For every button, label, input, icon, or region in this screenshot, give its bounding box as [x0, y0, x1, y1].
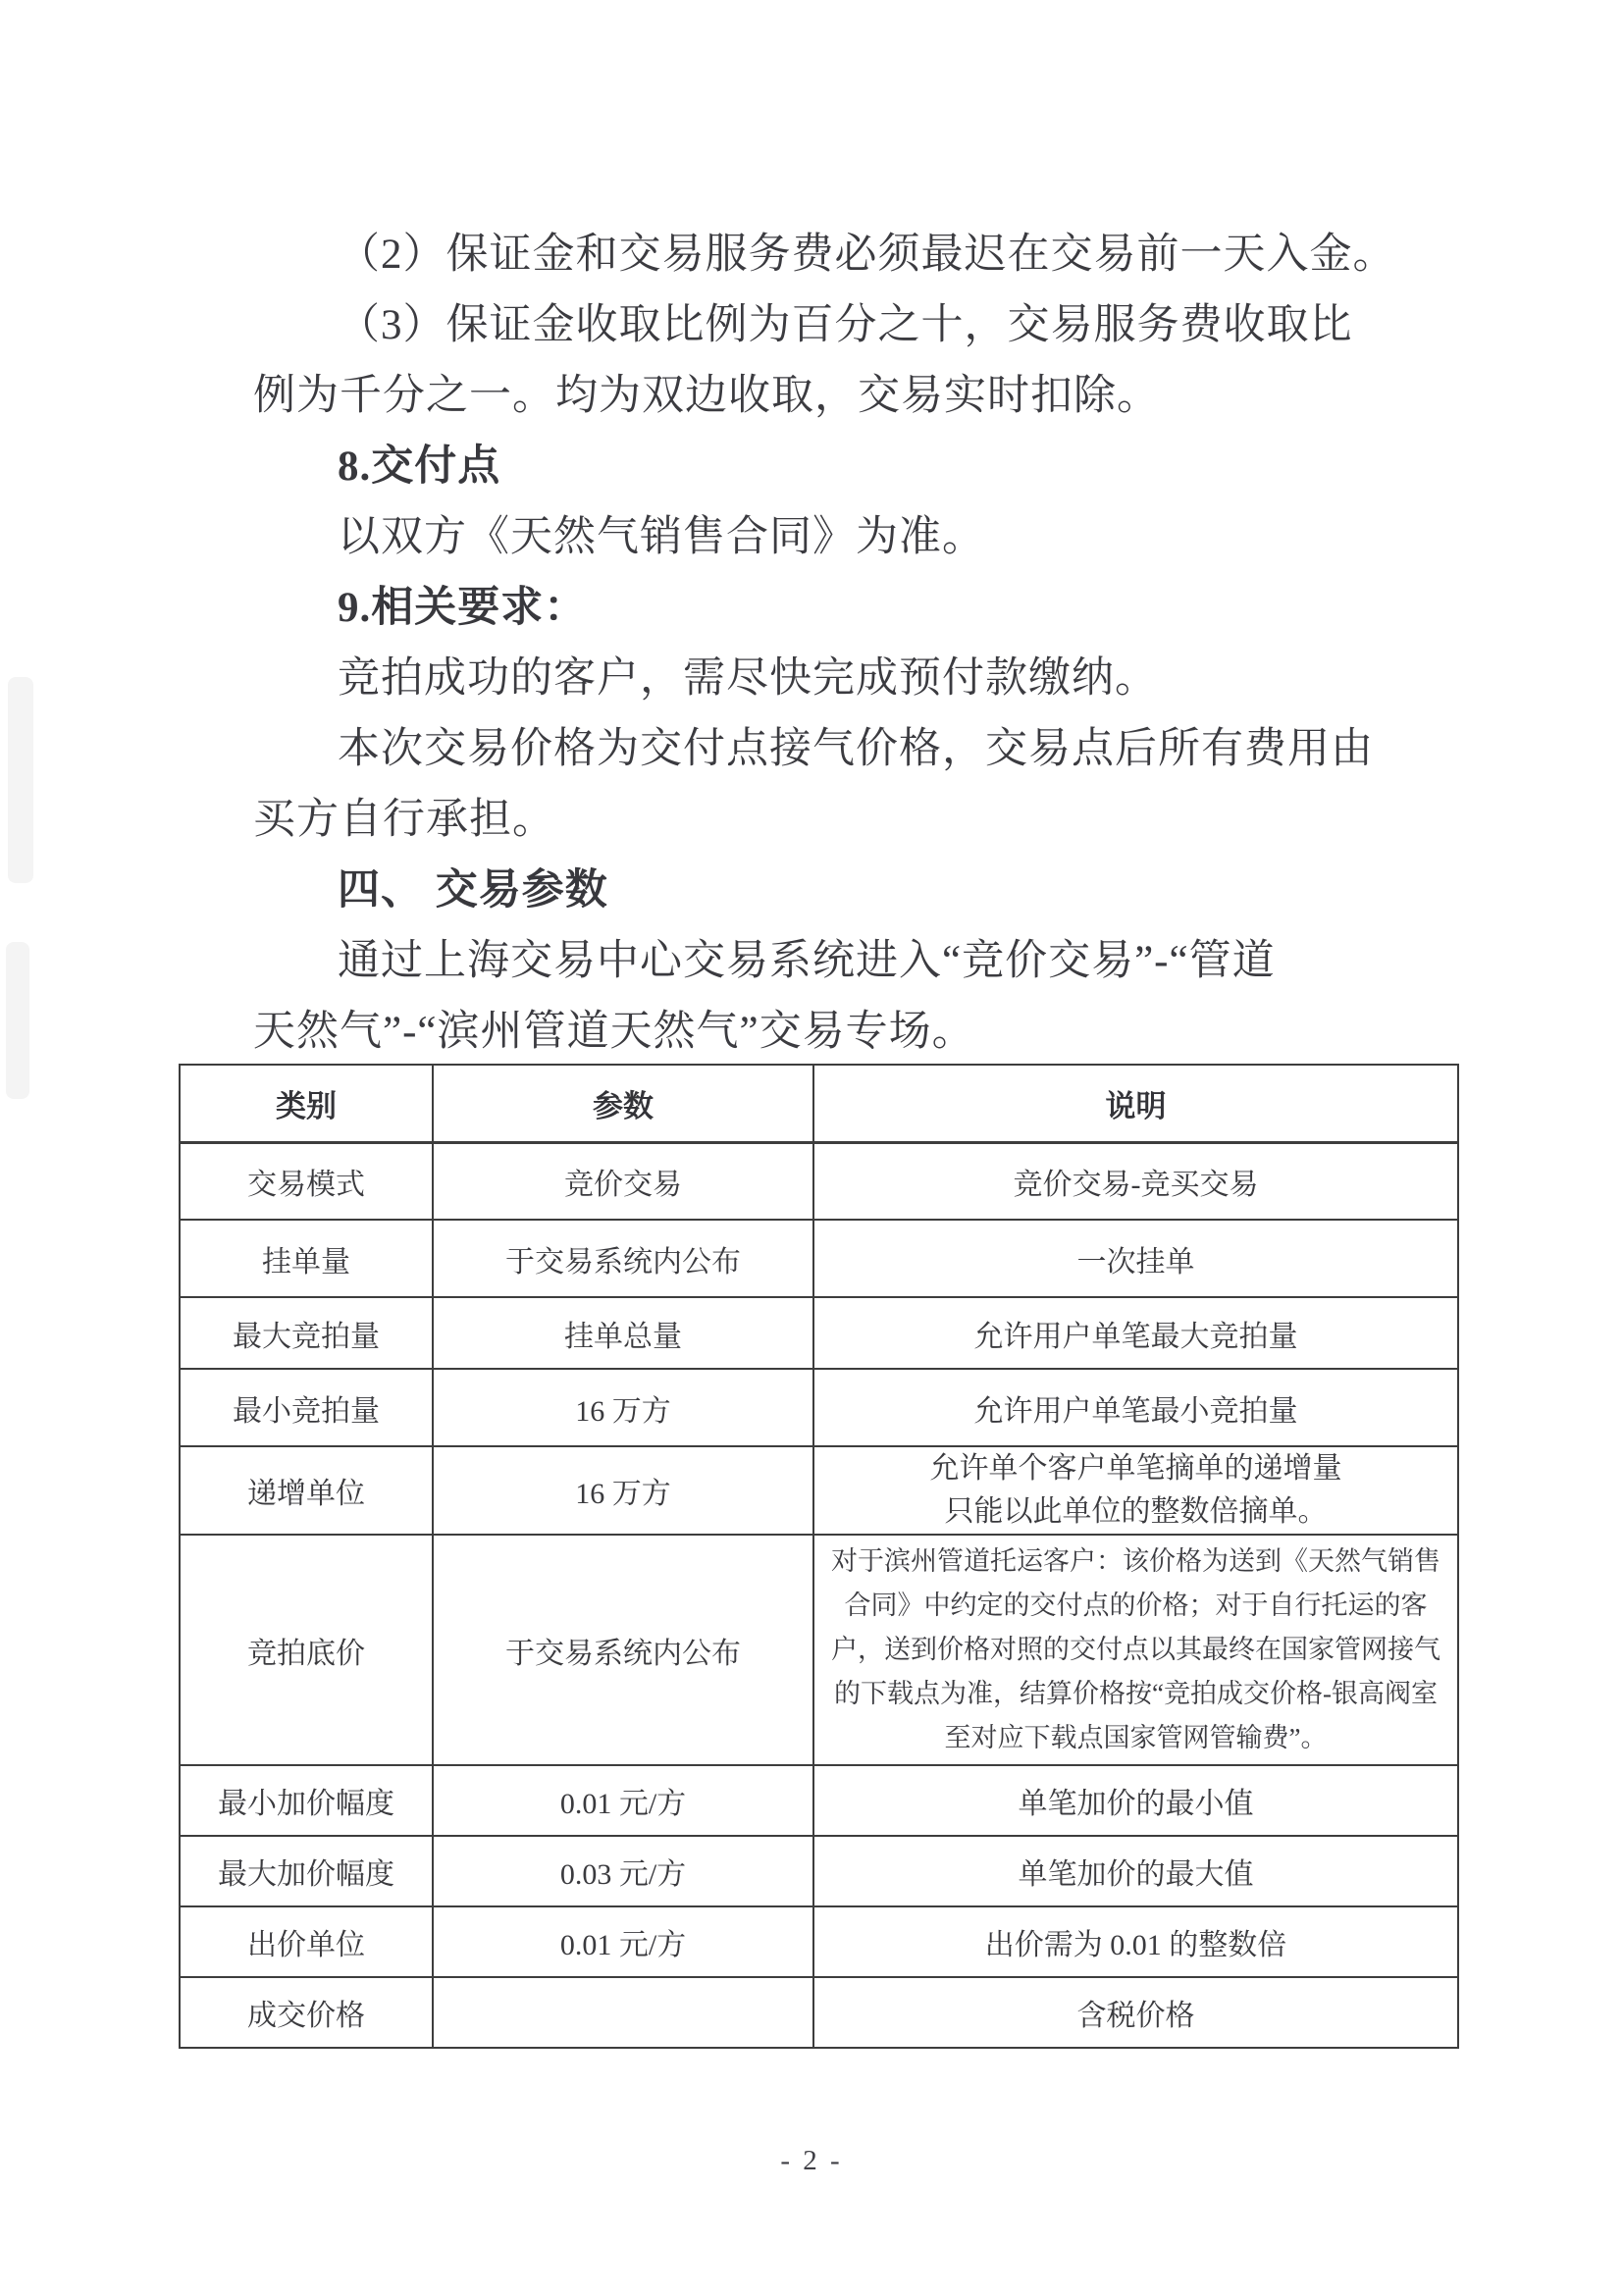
table-row: 最小加价幅度 0.01 元/方 单笔加价的最小值	[180, 1765, 1458, 1836]
body-line: 买方自行承担。	[253, 785, 1406, 856]
cell-parameter: 竞价交易	[433, 1142, 813, 1220]
cell-parameter: 16 万方	[433, 1369, 813, 1446]
body-line: 以双方《天然气销售合同》为准。	[253, 502, 1406, 573]
body-line: （2）保证金和交易服务费必须最迟在交易前一天入金。	[253, 220, 1406, 290]
page-number: - 2 -	[0, 2145, 1623, 2177]
cell-category: 竞拍底价	[180, 1535, 433, 1765]
cell-parameter: 16 万方	[433, 1446, 813, 1535]
table-row: 最大竞拍量 挂单总量 允许用户单笔最大竞拍量	[180, 1297, 1458, 1369]
header-parameter: 参数	[433, 1065, 813, 1142]
body-line: 通过上海交易中心交易系统进入“竞价交易”-“管道	[253, 926, 1406, 997]
cell-parameter: 0.01 元/方	[433, 1906, 813, 1977]
section-heading-trade-parameters: 四、 交易参数	[253, 856, 1406, 926]
cell-description: 允许用户单笔最大竞拍量	[813, 1297, 1458, 1369]
body-line: 天然气”-“滨州管道天然气”交易专场。	[253, 997, 1406, 1068]
table-row: 成交价格 含税价格	[180, 1977, 1458, 2048]
cell-category: 挂单量	[180, 1220, 433, 1297]
cell-description: 单笔加价的最大值	[813, 1836, 1458, 1906]
cell-description: 单笔加价的最小值	[813, 1765, 1458, 1836]
cell-category: 最大竞拍量	[180, 1297, 433, 1369]
cell-category: 最小竞拍量	[180, 1369, 433, 1446]
table-row: 竞拍底价 于交易系统内公布 对于滨州管道托运客户：该价格为送到《天然气销售合同》…	[180, 1535, 1458, 1765]
scan-artifact	[8, 677, 33, 883]
cell-description: 允许单个客户单笔摘单的递增量 只能以此单位的整数倍摘单。	[813, 1446, 1458, 1535]
cell-category: 交易模式	[180, 1142, 433, 1220]
document-page: （2）保证金和交易服务费必须最迟在交易前一天入金。 （3）保证金收取比例为百分之…	[0, 0, 1623, 2296]
section-heading-delivery-point: 8.交付点	[253, 432, 1406, 502]
header-category: 类别	[180, 1065, 433, 1142]
document-body: （2）保证金和交易服务费必须最迟在交易前一天入金。 （3）保证金收取比例为百分之…	[253, 220, 1406, 1068]
cell-parameter: 挂单总量	[433, 1297, 813, 1369]
cell-parameter: 0.03 元/方	[433, 1836, 813, 1906]
table-header-row: 类别 参数 说明	[180, 1065, 1458, 1142]
table-row: 交易模式 竞价交易 竞价交易-竞买交易	[180, 1142, 1458, 1220]
body-line: （3）保证金收取比例为百分之十，交易服务费收取比	[253, 290, 1406, 361]
body-line: 例为千分之一。均为双边收取，交易实时扣除。	[253, 361, 1406, 432]
table-row: 递增单位 16 万方 允许单个客户单笔摘单的递增量 只能以此单位的整数倍摘单。	[180, 1446, 1458, 1535]
header-description: 说明	[813, 1065, 1458, 1142]
scan-artifact	[6, 942, 29, 1099]
cell-category: 出价单位	[180, 1906, 433, 1977]
cell-parameter: 于交易系统内公布	[433, 1535, 813, 1765]
body-line: 竞拍成功的客户，需尽快完成预付款缴纳。	[253, 644, 1406, 714]
cell-description: 竞价交易-竞买交易	[813, 1142, 1458, 1220]
trade-parameters-table: 类别 参数 说明 交易模式 竞价交易 竞价交易-竞买交易 挂单量 于交易系统内公…	[179, 1064, 1459, 2049]
cell-parameter: 0.01 元/方	[433, 1765, 813, 1836]
body-line: 本次交易价格为交付点接气价格，交易点后所有费用由	[253, 714, 1406, 785]
table-row: 最小竞拍量 16 万方 允许用户单笔最小竞拍量	[180, 1369, 1458, 1446]
table-row: 挂单量 于交易系统内公布 一次挂单	[180, 1220, 1458, 1297]
cell-description: 允许用户单笔最小竞拍量	[813, 1369, 1458, 1446]
cell-parameter: 于交易系统内公布	[433, 1220, 813, 1297]
cell-description: 含税价格	[813, 1977, 1458, 2048]
cell-description: 出价需为 0.01 的整数倍	[813, 1906, 1458, 1977]
cell-category: 递增单位	[180, 1446, 433, 1535]
cell-category: 成交价格	[180, 1977, 433, 2048]
cell-category: 最大加价幅度	[180, 1836, 433, 1906]
section-heading-requirements: 9.相关要求：	[253, 573, 1406, 644]
table-row: 出价单位 0.01 元/方 出价需为 0.01 的整数倍	[180, 1906, 1458, 1977]
cell-description: 一次挂单	[813, 1220, 1458, 1297]
table-row: 最大加价幅度 0.03 元/方 单笔加价的最大值	[180, 1836, 1458, 1906]
cell-category: 最小加价幅度	[180, 1765, 433, 1836]
cell-description: 对于滨州管道托运客户：该价格为送到《天然气销售合同》中约定的交付点的价格；对于自…	[813, 1535, 1458, 1765]
cell-parameter	[433, 1977, 813, 2048]
